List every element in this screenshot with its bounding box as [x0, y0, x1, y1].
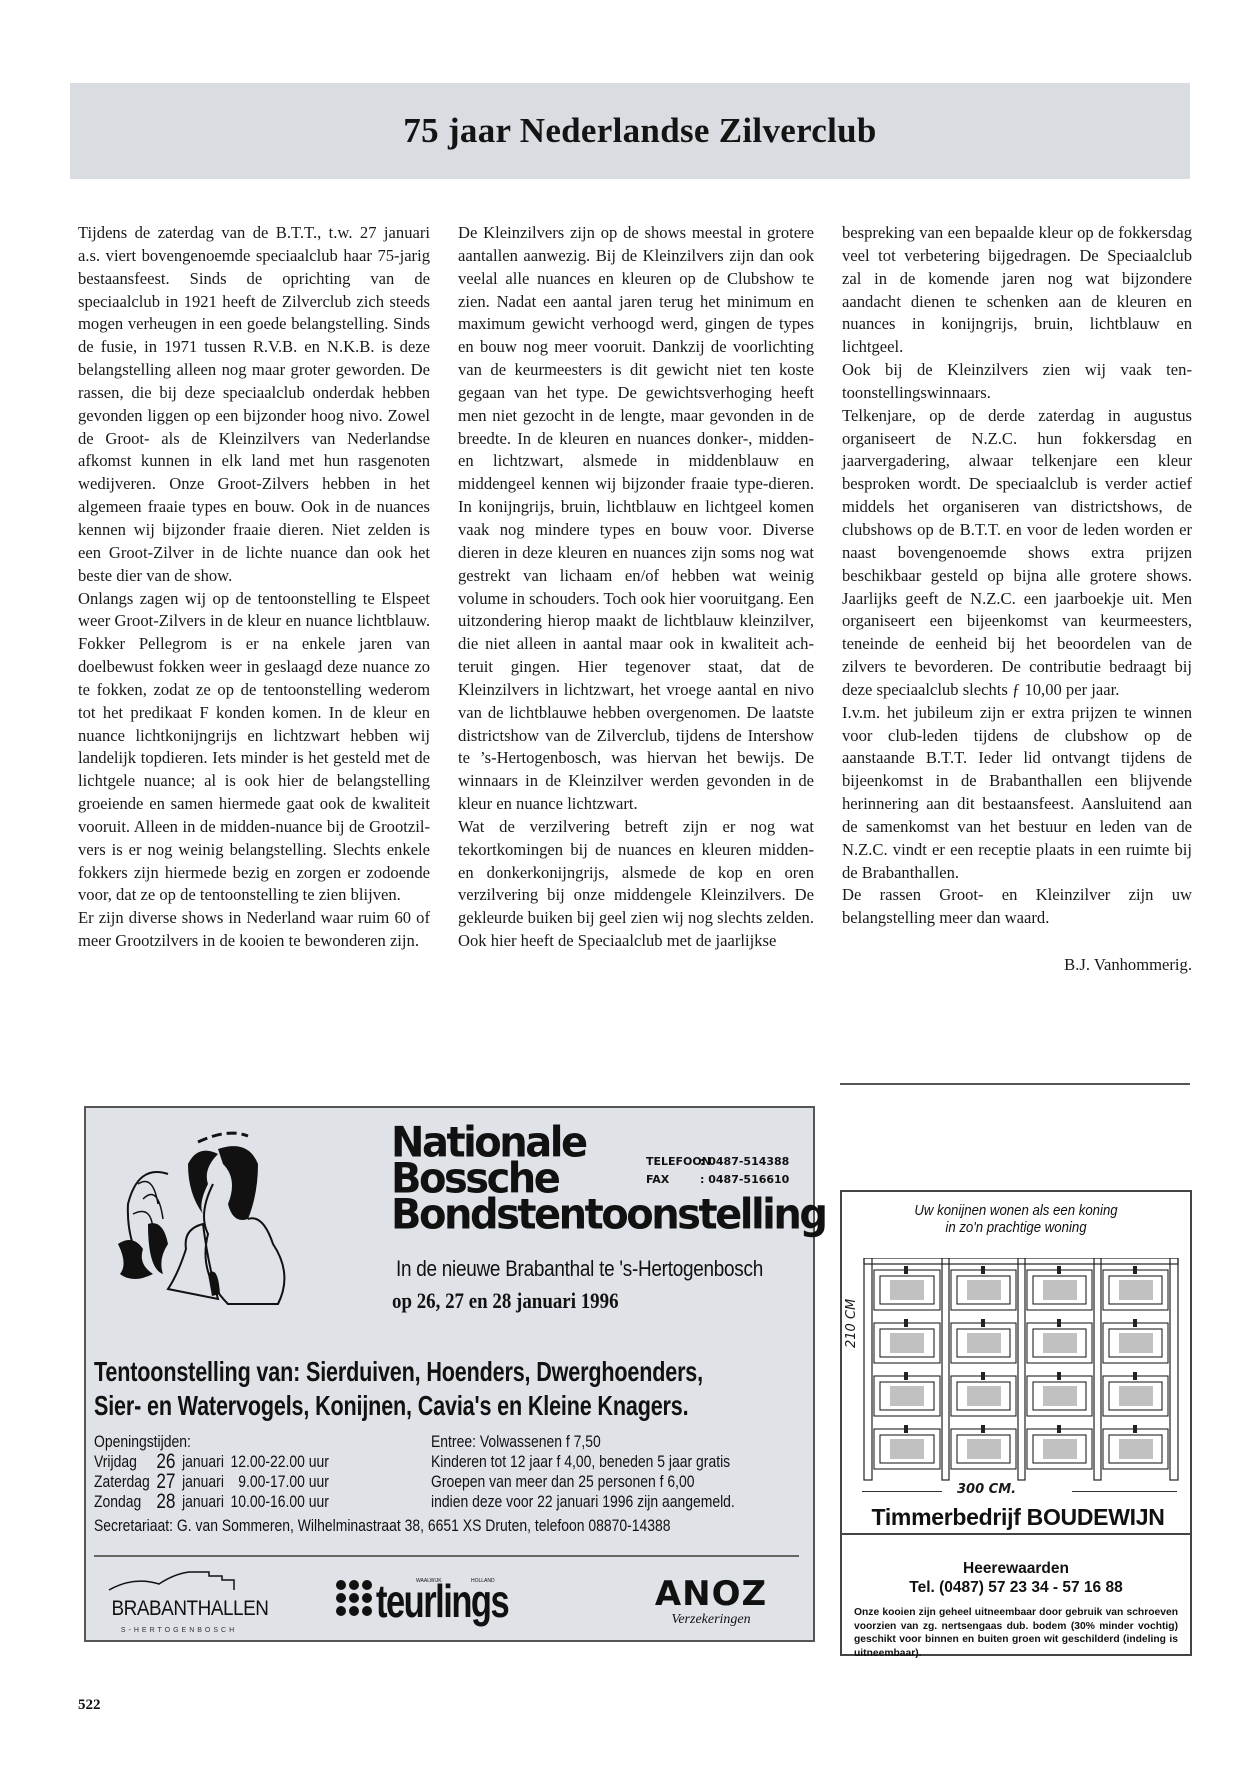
phone-label: TELEFOON [646, 1153, 700, 1171]
company-details: Heerewaarden Tel. (0487) 57 23 34 - 57 1… [842, 1560, 1190, 1660]
fax-value: : 0487-516610 [700, 1171, 789, 1189]
date: 28 [156, 1492, 182, 1512]
rooster-rabbit-pigeon-icon [108, 1124, 308, 1314]
show-contact: TELEFOON: 0487-514388 FAX: 0487-516610 [646, 1153, 789, 1189]
sponsor-brabanthallen: BRABANTHALLEN S-HERTOGENBOSCH [104, 1570, 254, 1634]
time: 10.00-16.00 uur [230, 1492, 335, 1512]
opening-hours: Openingstijden: Vrijdag 26 januari 12.00… [94, 1432, 335, 1512]
paragraph: Wat de verzilvering betreft zijn er nog … [458, 816, 814, 953]
page-number: 522 [78, 1697, 101, 1714]
day: Zondag [94, 1492, 156, 1512]
hours-row: Vrijdag 26 januari 12.00-22.00 uur [94, 1452, 335, 1472]
article-column-1: Tijdens de zaterdag van de B.T.T., t.w. … [78, 222, 430, 953]
fee-line: Entree: Volwassenen f 7,50 [431, 1432, 735, 1452]
secretariat-address: Secretariaat: G. van Sommeren, Wilhelmin… [94, 1516, 671, 1536]
brabanthallen-name: BRABANTHALLEN [112, 1597, 247, 1621]
hours-row: Zondag 28 januari 10.00-16.00 uur [94, 1492, 335, 1512]
exhibit-line: Tentoonstelling van: Sierduiven, Hoender… [94, 1355, 703, 1389]
paragraph: Onlangs zagen wij op de tentoonstelling … [78, 588, 430, 908]
day: Vrijdag [94, 1452, 156, 1472]
paragraph: De rassen Groot- en Kleinzilver zijn uw … [842, 884, 1192, 930]
rabbit-cage-icon [862, 1258, 1180, 1483]
entrance-fees: Entree: Volwassenen f 7,50 Kinderen tot … [431, 1432, 735, 1512]
show-advertisement: Nationale Bossche Bondstentoonstelling T… [84, 1106, 815, 1642]
article-title: 75 jaar Nederlandse Zilverclub [383, 111, 876, 151]
cage-tagline: Uw konijnen wonen als een koning in zo'n… [863, 1202, 1169, 1236]
day: Zaterdag [94, 1472, 156, 1492]
date: 26 [156, 1452, 182, 1472]
anoz-subtitle: Verzekeringen [646, 1612, 776, 1628]
anoz-name: ANOZ [646, 1576, 776, 1612]
show-location: In de nieuwe Brabanthal te 's-Hertogenbo… [396, 1256, 763, 1282]
teurlings-dots-icon [336, 1580, 372, 1616]
time: 12.00-22.00 uur [230, 1452, 335, 1472]
paragraph: Ook bij de Kleinzilvers zien wij vaak te… [842, 359, 1192, 405]
headline-line: Bondstentoonstelling [391, 1196, 825, 1234]
month: januari [182, 1492, 230, 1512]
cage-advertisement: Uw konijnen wonen als een koning in zo'n… [840, 1190, 1192, 1535]
exhibit-line: Sier- en Watervogels, Konijnen, Cavia's … [94, 1389, 703, 1423]
teurlings-name: teurlings [376, 1580, 508, 1622]
month: januari [182, 1472, 230, 1492]
paragraph: De Kleinzilvers zijn op de shows meestal… [458, 222, 814, 816]
company-phone: Tel. (0487) 57 23 34 - 57 16 88 [842, 1578, 1190, 1598]
paragraph: Er zijn diverse shows in Nederland waar … [78, 907, 430, 953]
time: 9.00-17.00 uur [230, 1472, 335, 1492]
tagline-line: in zo'n prachtige woning [863, 1219, 1169, 1236]
fax-label: FAX [646, 1171, 700, 1189]
paragraph: bespreking van een bepaalde kleur op de … [842, 222, 1192, 359]
company-town: Heerewaarden [842, 1560, 1190, 1578]
column-end-divider [840, 1083, 1190, 1085]
title-band: 75 jaar Nederlandse Zilverclub [70, 83, 1190, 179]
fee-line: indien deze voor 22 januari 1996 zijn aa… [431, 1492, 735, 1512]
product-description: Onze kooien zijn geheel uitneembaar door… [854, 1606, 1178, 1660]
hours-row: Zaterdag 27 januari 9.00-17.00 uur [94, 1472, 335, 1492]
show-dates: op 26, 27 en 28 januari 1996 [392, 1288, 619, 1314]
exhibit-categories: Tentoonstelling van: Sierduiven, Hoender… [94, 1355, 703, 1423]
date: 27 [156, 1472, 182, 1492]
brabanthallen-roof-icon [104, 1570, 254, 1592]
opening-hours-title: Openingstijden: [94, 1432, 335, 1452]
tagline-line: Uw konijnen wonen als een koning [863, 1202, 1169, 1219]
width-label: 300 CM. [957, 1482, 1016, 1497]
brabanthallen-city: S-HERTOGENBOSCH [104, 1627, 254, 1634]
sponsor-teurlings: WAALWIJK HOLLAND teurlings [336, 1580, 552, 1622]
paragraph: I.v.m. het jubileum zijn er extra prijze… [842, 702, 1192, 885]
sponsor-divider [94, 1555, 799, 1557]
fee-line: Kinderen tot 12 jaar f 4,00, beneden 5 j… [431, 1452, 735, 1472]
company-name: Timmerbedrijf BOUDEWIJN [844, 1504, 1192, 1531]
paragraph: Tijdens de zaterdag van de B.T.T., t.w. … [78, 222, 430, 588]
month: januari [182, 1452, 230, 1472]
sponsor-anoz: ANOZ Verzekeringen [646, 1576, 776, 1628]
paragraph: Telkenjare, op de derde zaterdag in augu… [842, 405, 1192, 702]
article-column-2: De Kleinzilvers zijn op de shows meestal… [458, 222, 814, 953]
height-label: 210 CM [844, 1299, 859, 1348]
fee-line: Groepen van meer dan 25 personen f 6,00 [431, 1472, 735, 1492]
author-signature: B.J. Vanhommerig. [842, 954, 1192, 977]
article-column-3: bespreking van een bepaalde kleur op de … [842, 222, 1192, 977]
phone-value: : 0487-514388 [700, 1153, 789, 1171]
